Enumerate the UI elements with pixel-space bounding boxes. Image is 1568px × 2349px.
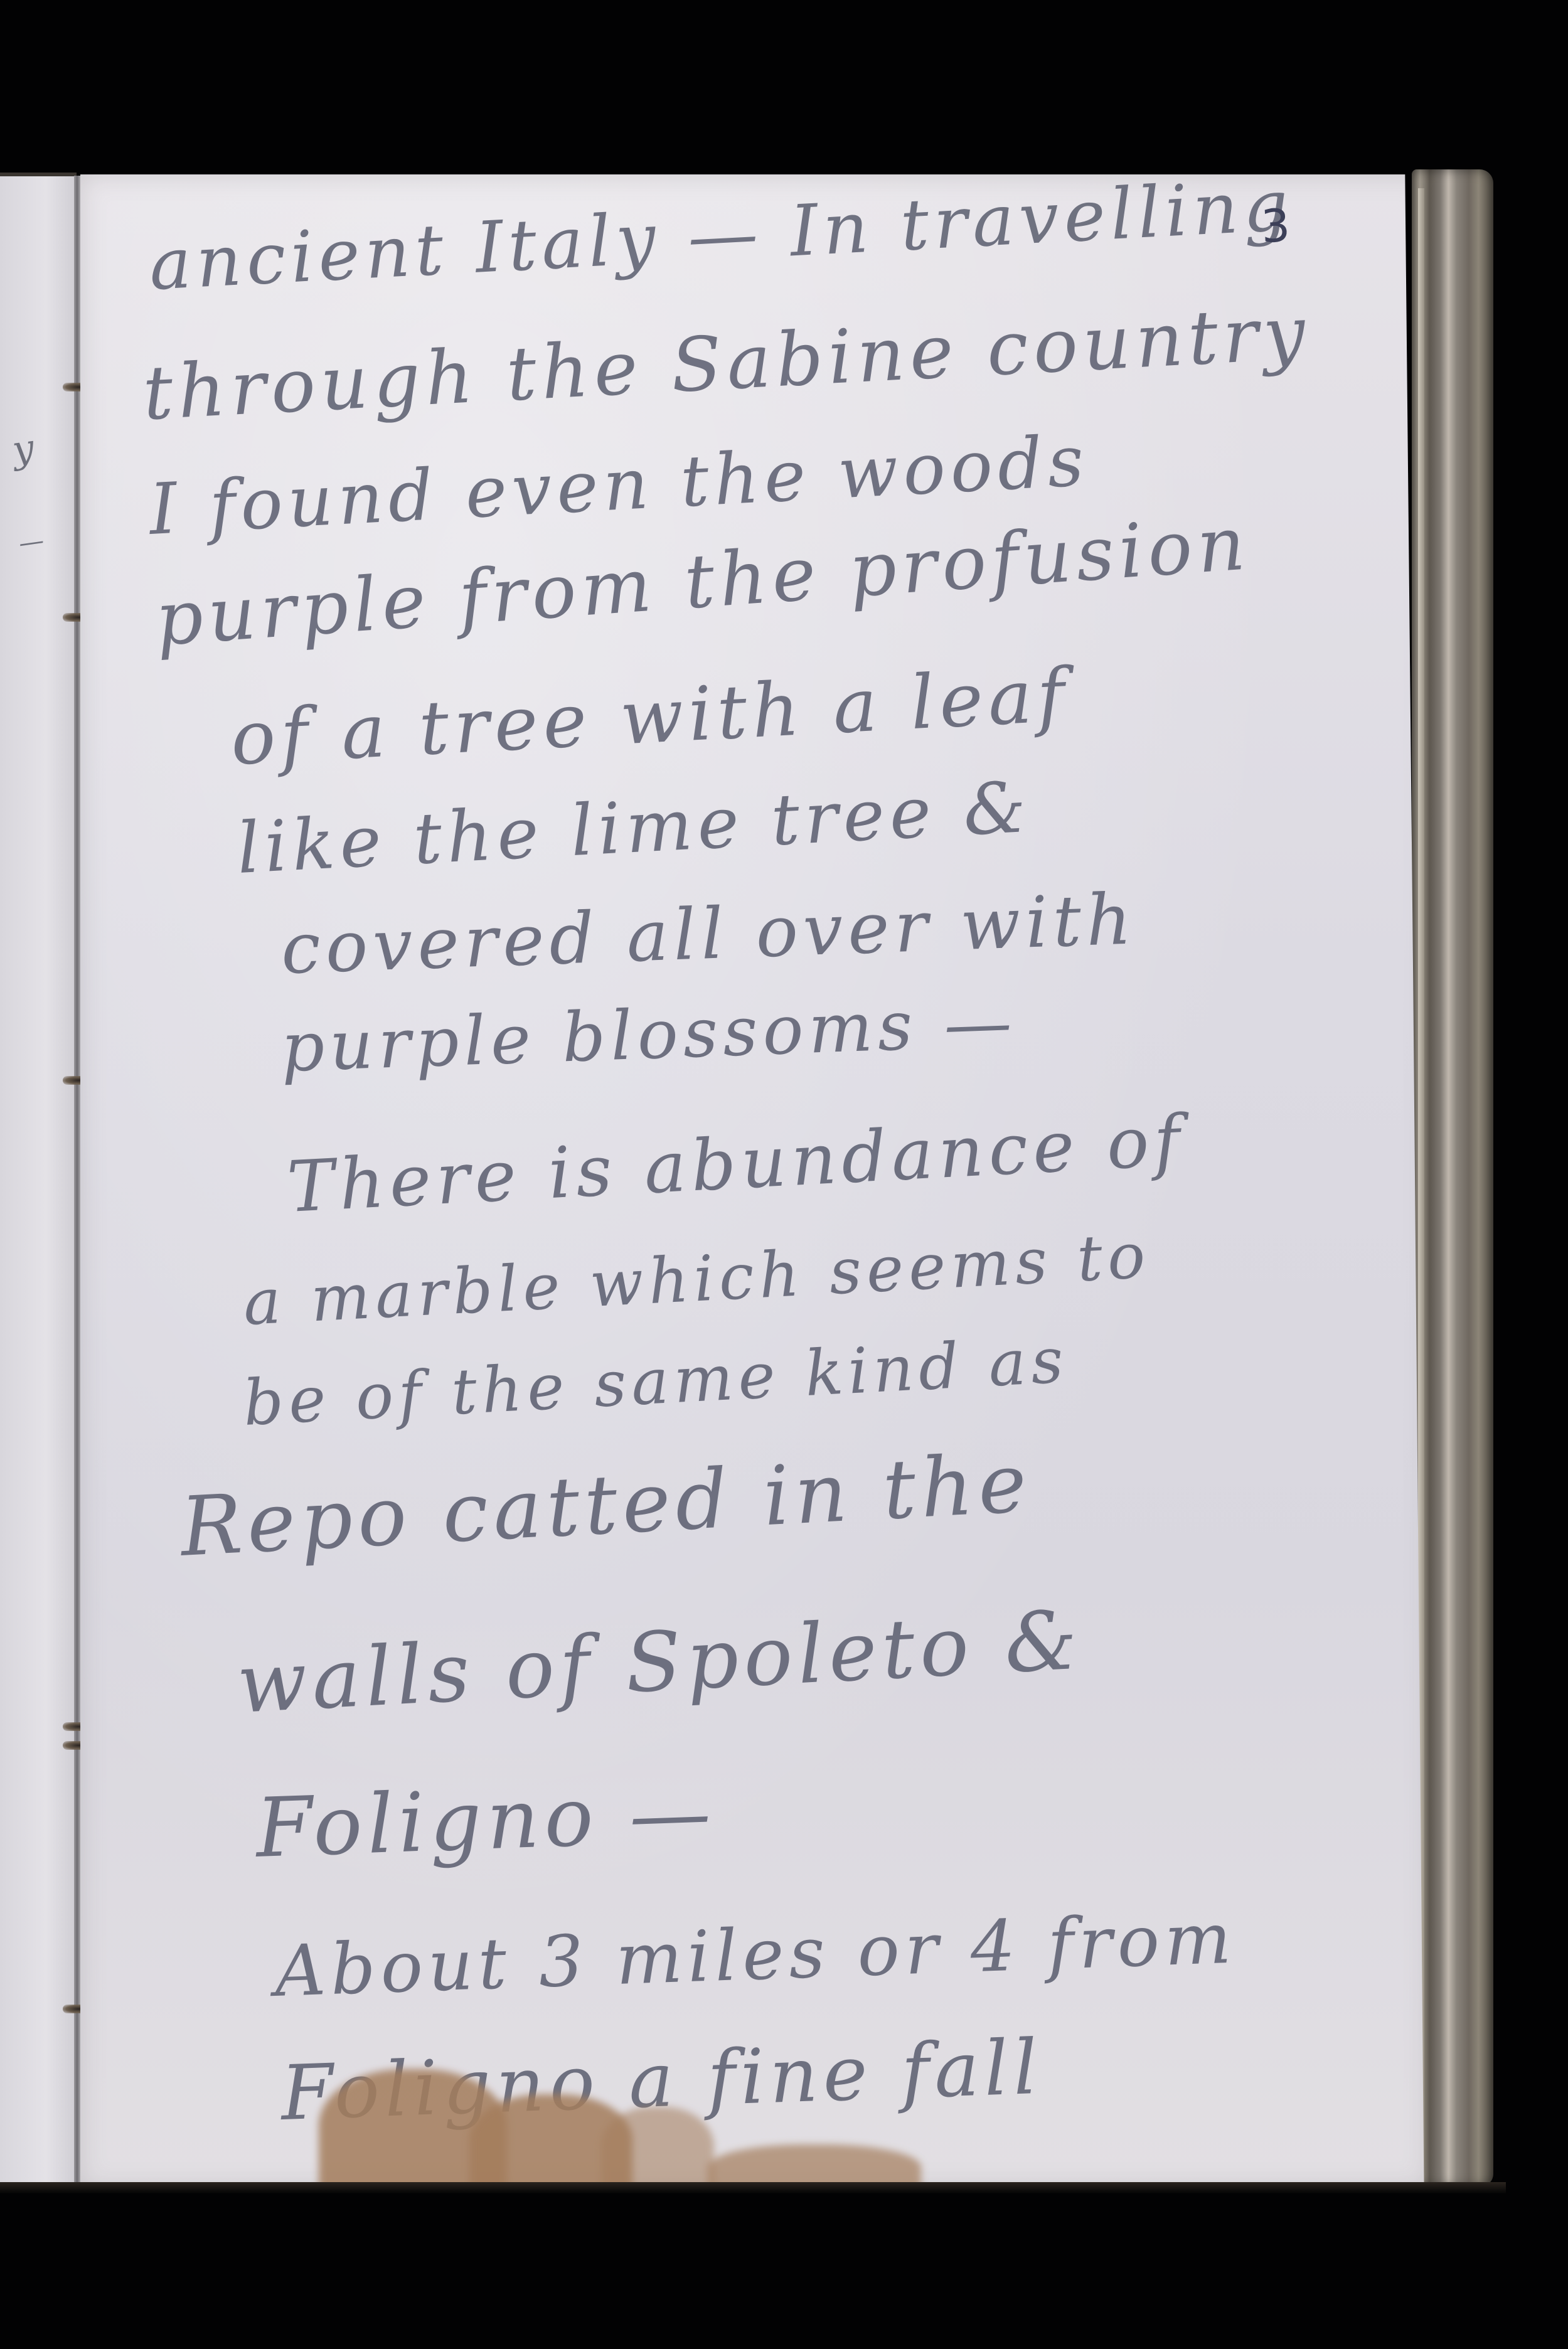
handwriting-line: of a tree with a leaf bbox=[228, 651, 1072, 782]
handwriting-line: About 3 miles or 4 from bbox=[274, 1898, 1237, 2013]
handwriting-line: through the Sabine country bbox=[141, 289, 1312, 437]
handwriting-line: covered all over with bbox=[280, 878, 1138, 990]
page-bottom-edge bbox=[0, 2182, 1506, 2193]
handwriting-line: a marble which seems to bbox=[242, 1218, 1152, 1340]
facing-page: y — bbox=[0, 173, 77, 2190]
gutter-fold bbox=[74, 176, 80, 2187]
handwriting-line: Repo catted in the bbox=[178, 1435, 1034, 1575]
facing-page-dash: — bbox=[17, 526, 46, 558]
page-number: 3 bbox=[1260, 199, 1291, 253]
handwriting-line: walls of Spoleto & bbox=[235, 1592, 1084, 1732]
facing-page-mark: y bbox=[9, 426, 36, 472]
handwriting-line: purple blossoms — bbox=[280, 983, 1018, 1087]
handwriting-line: like the lime tree & bbox=[235, 767, 1033, 890]
stain bbox=[601, 2107, 714, 2195]
handwriting-line: There is abundance of bbox=[285, 1100, 1187, 1228]
handwriting-line: be of the same kind as bbox=[242, 1323, 1070, 1440]
handwriting-line: ancient Italy — In travelling bbox=[147, 165, 1295, 306]
handwriting-line: Foligno — bbox=[254, 1764, 717, 1875]
notebook-page: ancient Italy — In travelling through th… bbox=[80, 174, 1429, 2188]
handwritten-text: ancient Italy — In travelling through th… bbox=[80, 174, 1429, 2188]
